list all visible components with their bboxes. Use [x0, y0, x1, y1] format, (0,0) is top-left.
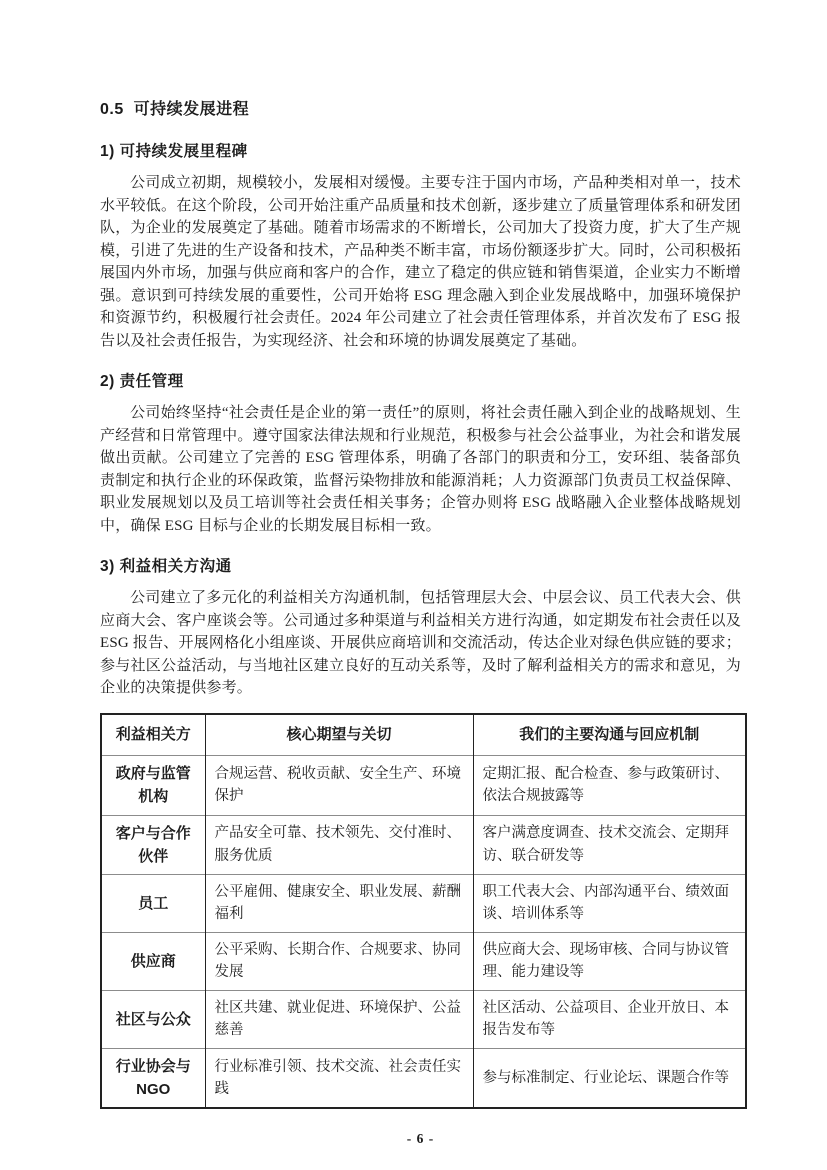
- subsection-heading-responsibility: 2) 责任管理: [100, 369, 741, 391]
- mechanisms-cell: 客户满意度调查、技术交流会、定期拜访、联合研发等: [473, 815, 746, 875]
- table-row: 行业协会与NGO 行业标准引领、技术交流、社会责任实践 参与标准制定、行业论坛、…: [101, 1048, 746, 1108]
- mechanisms-cell: 参与标准制定、行业论坛、课题合作等: [473, 1048, 746, 1108]
- expectations-cell: 产品安全可靠、技术领先、交付准时、服务优质: [205, 815, 473, 875]
- expectations-cell: 行业标准引领、技术交流、社会责任实践: [205, 1048, 473, 1108]
- column-header-expectations: 核心期望与关切: [205, 714, 473, 756]
- subsection-heading-milestones: 1) 可持续发展里程碑: [100, 139, 741, 161]
- expectations-cell: 公平采购、长期合作、合规要求、协同发展: [205, 932, 473, 990]
- paragraph-milestones: 公司成立初期，规模较小，发展相对缓慢。主要专注于国内市场，产品种类相对单一，技术…: [100, 172, 741, 352]
- table-row: 供应商 公平采购、长期合作、合规要求、协同发展 供应商大会、现场审核、合同与协议…: [101, 932, 746, 990]
- expectations-cell: 社区共建、就业促进、环境保护、公益慈善: [205, 990, 473, 1048]
- column-header-stakeholder: 利益相关方: [101, 714, 205, 756]
- page-number: - 6 -: [100, 1131, 741, 1147]
- paragraph-stakeholder-communication: 公司建立了多元化的利益相关方沟通机制，包括管理层大会、中层会议、员工代表大会、供…: [100, 587, 741, 700]
- mechanisms-cell: 定期汇报、配合检查、参与政策研讨、依法合规披露等: [473, 756, 746, 816]
- stakeholder-cell: 政府与监管机构: [101, 756, 205, 816]
- column-header-mechanisms: 我们的主要沟通与回应机制: [473, 714, 746, 756]
- mechanisms-cell: 社区活动、公益项目、企业开放日、本报告发布等: [473, 990, 746, 1048]
- section-title: 0.5 可持续发展进程: [100, 96, 741, 119]
- mechanisms-cell: 职工代表大会、内部沟通平台、绩效面谈、培训体系等: [473, 875, 746, 933]
- table-row: 社区与公众 社区共建、就业促进、环境保护、公益慈善 社区活动、公益项目、企业开放…: [101, 990, 746, 1048]
- expectations-cell: 合规运营、税收贡献、安全生产、环境保护: [205, 756, 473, 816]
- stakeholder-cell: 员工: [101, 875, 205, 933]
- paragraph-responsibility: 公司始终坚持“社会责任是企业的第一责任”的原则，将社会责任融入到企业的战略规划、…: [100, 402, 741, 537]
- stakeholder-cell: 行业协会与NGO: [101, 1048, 205, 1108]
- expectations-cell: 公平雇佣、健康安全、职业发展、薪酬福利: [205, 875, 473, 933]
- stakeholder-cell: 社区与公众: [101, 990, 205, 1048]
- table-row: 客户与合作伙伴 产品安全可靠、技术领先、交付准时、服务优质 客户满意度调查、技术…: [101, 815, 746, 875]
- stakeholder-cell: 供应商: [101, 932, 205, 990]
- table-row: 政府与监管机构 合规运营、税收贡献、安全生产、环境保护 定期汇报、配合检查、参与…: [101, 756, 746, 816]
- subsection-heading-stakeholder-communication: 3) 利益相关方沟通: [100, 554, 741, 576]
- table-row: 员工 公平雇佣、健康安全、职业发展、薪酬福利 职工代表大会、内部沟通平台、绩效面…: [101, 875, 746, 933]
- stakeholder-cell: 客户与合作伙伴: [101, 815, 205, 875]
- table-header-row: 利益相关方 核心期望与关切 我们的主要沟通与回应机制: [101, 714, 746, 756]
- stakeholder-communication-table: 利益相关方 核心期望与关切 我们的主要沟通与回应机制 政府与监管机构 合规运营、…: [100, 713, 747, 1110]
- report-page: 0.5 可持续发展进程 1) 可持续发展里程碑 公司成立初期，规模较小，发展相对…: [0, 0, 827, 1170]
- mechanisms-cell: 供应商大会、现场审核、合同与协议管理、能力建设等: [473, 932, 746, 990]
